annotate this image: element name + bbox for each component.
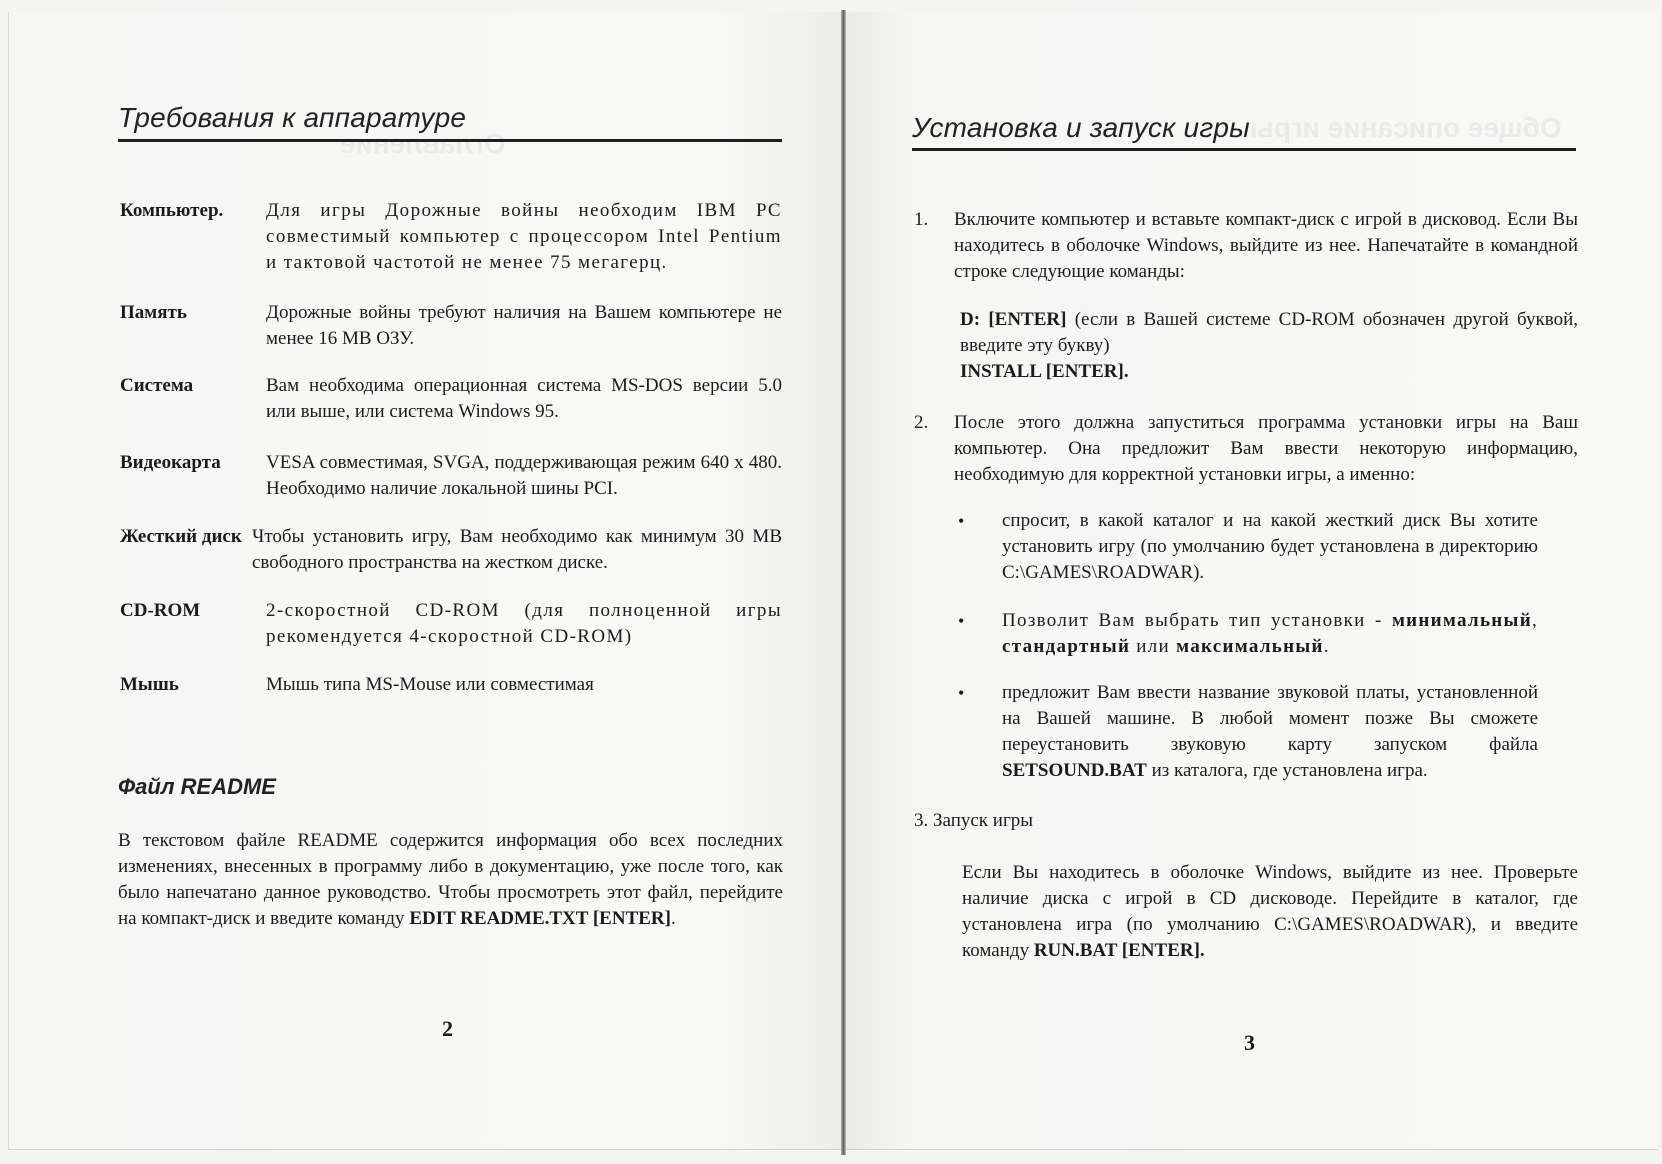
book-spine (841, 10, 846, 1155)
page-number-right: 3 (1244, 1030, 1255, 1056)
bleed-through-right: Общее описание игры (1250, 112, 1562, 144)
run-command: RUN.BAT [ENTER]. (1034, 940, 1205, 961)
bullet-text: Позволит Вам выбрать тип установки - мин… (1002, 608, 1538, 660)
requirement-text: 2-скоростной CD-ROM (для полноценной игр… (266, 598, 782, 650)
requirement-text: VESA совместимая, SVGA, поддерживающая р… (266, 450, 782, 502)
bullet-icon: • (958, 608, 964, 634)
install-commands: D: [ENTER] (если в Вашей системе CD-ROM … (960, 307, 1578, 385)
hardware-requirements-title: Требования к аппаратуре (118, 102, 466, 134)
option-standard: стандартный (1002, 636, 1130, 657)
title-underline (912, 148, 1576, 151)
requirement-text: Мышь типа MS-Mouse или совместимая (266, 672, 782, 698)
readme-paragraph: В текстовом файле README содержится инфо… (118, 828, 783, 932)
step-text: Включите компьютер и вставьте компакт-ди… (954, 207, 1578, 285)
option-minimal: минимальный (1392, 610, 1532, 631)
requirement-label: Система (120, 373, 193, 399)
step-number: 1. (914, 207, 928, 233)
requirement-text: Вам необходима операционная система MS-D… (266, 373, 782, 425)
command-drive: D: [ENTER] (960, 309, 1066, 330)
page-number-left: 2 (442, 1016, 453, 1042)
readme-command: EDIT README.TXT [ENTER] (409, 908, 671, 929)
title-underline (118, 139, 782, 142)
setsound-file: SETSOUND.BAT (1002, 760, 1147, 781)
bullet-icon: • (958, 508, 964, 534)
requirement-text: Дорожные войны требуют наличия на Вашем … (266, 300, 782, 352)
requirement-label: Компьютер. (120, 198, 223, 224)
step-text: После этого должна запуститься программа… (954, 410, 1578, 488)
step-number: 2. (914, 410, 928, 436)
run-step-text: Если Вы находитесь в оболочке Windows, в… (962, 860, 1578, 964)
requirement-text: Чтобы установить игру, Вам необходимо ка… (252, 524, 782, 576)
install-and-run-title: Установка и запуск игры (912, 112, 1250, 144)
bullet-text: спросит, в какой каталог и на какой жест… (1002, 508, 1538, 586)
requirement-label: Жесткий диск (120, 524, 242, 550)
booklet-spread: Оглавление Общее описание игры Требовани… (0, 0, 1662, 1164)
bullet-icon: • (958, 680, 964, 706)
requirement-label: Мышь (120, 672, 179, 698)
requirement-label: Память (120, 300, 187, 326)
requirement-label: CD-ROM (120, 598, 200, 624)
requirement-label: Видеокарта (120, 450, 221, 476)
bullet-text: предложит Вам ввести название звуковой п… (1002, 680, 1538, 784)
left-page (8, 12, 842, 1150)
readme-section-title: Файл README (118, 774, 276, 800)
option-maximal: максимальный (1176, 636, 1324, 657)
run-step-heading: 3. Запуск игры (914, 808, 1578, 834)
requirement-text: Для игры Дорожные войны необходим IBM PC… (266, 198, 782, 276)
command-install: INSTALL [ENTER]. (960, 359, 1578, 385)
